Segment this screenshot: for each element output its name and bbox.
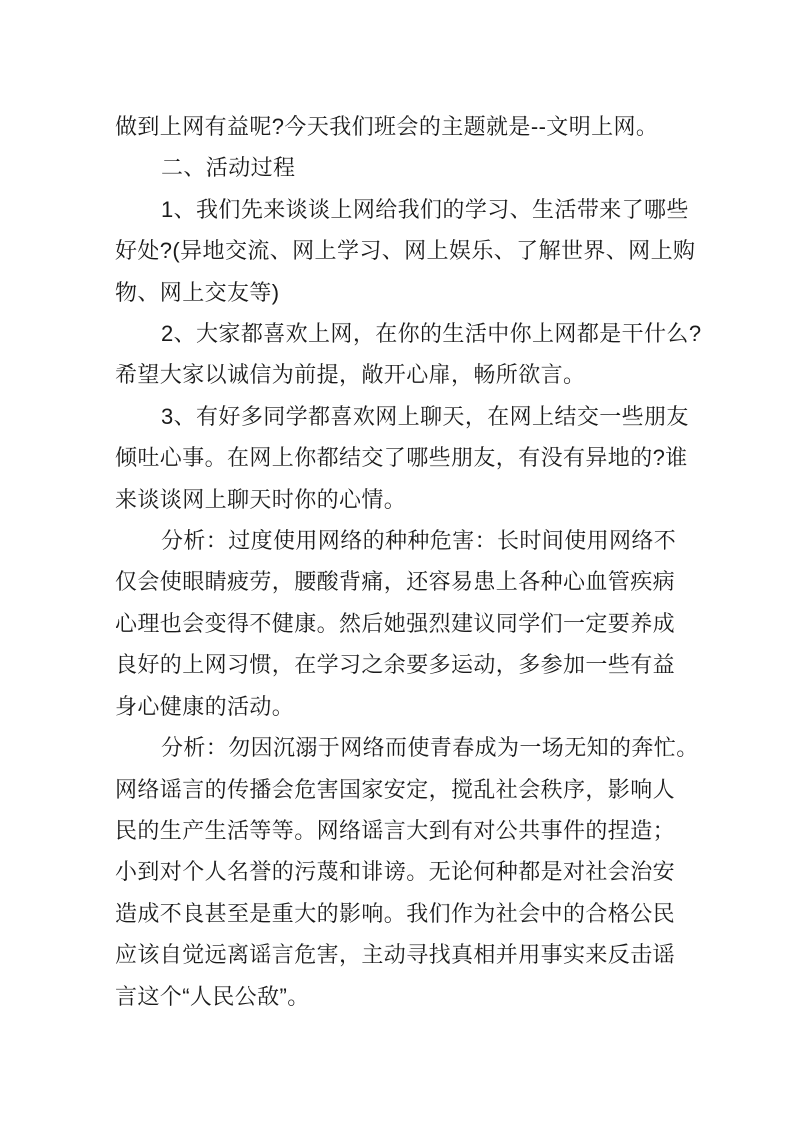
text-line: 分析：勿因沉溺于网络而使青春成为一场无知的奔忙。 <box>115 727 691 768</box>
text-line: 希望大家以诚信为前提，敞开心扉，畅所欲言。 <box>115 354 691 395</box>
text-line: 物、网上交友等) <box>115 272 691 313</box>
paragraph: 做到上网有益呢?今天我们班会的主题就是--文明上网。 <box>115 106 691 147</box>
text-line: 二、活动过程 <box>115 147 691 188</box>
text-line: 分析：过度使用网络的种种危害：长时间使用网络不 <box>115 520 691 561</box>
text-line: 1、我们先来谈谈上网给我们的学习、生活带来了哪些 <box>115 189 691 230</box>
text-line: 民的生产生活等等。网络谣言大到有对公共事件的捏造； <box>115 810 691 851</box>
text-line: 来谈谈网上聊天时你的心情。 <box>115 479 691 520</box>
paragraph: 二、活动过程 <box>115 147 691 188</box>
text-line: 小到对个人名誉的污蔑和诽谤。无论何种都是对社会治安 <box>115 851 691 892</box>
paragraph: 3、有好多同学都喜欢网上聊天，在网上结交一些朋友倾吐心事。在网上你都结交了哪些朋… <box>115 396 691 520</box>
text-line: 3、有好多同学都喜欢网上聊天，在网上结交一些朋友 <box>115 396 691 437</box>
text-line: 网络谣言的传播会危害国家安定，搅乱社会秩序，影响人 <box>115 769 691 810</box>
paragraph: 2、大家都喜欢上网，在你的生活中你上网都是干什么?希望大家以诚信为前提，敞开心扉… <box>115 313 691 396</box>
text-line: 2、大家都喜欢上网，在你的生活中你上网都是干什么? <box>115 313 691 354</box>
text-line: 好处?(异地交流、网上学习、网上娱乐、了解世界、网上购 <box>115 230 691 271</box>
paragraph: 1、我们先来谈谈上网给我们的学习、生活带来了哪些好处?(异地交流、网上学习、网上… <box>115 189 691 313</box>
paragraph: 分析：过度使用网络的种种危害：长时间使用网络不仅会使眼睛疲劳，腰酸背痛，还容易患… <box>115 520 691 727</box>
text-line: 应该自觉远离谣言危害，主动寻找真相并用事实来反击谣 <box>115 934 691 975</box>
text-line: 造成不良甚至是重大的影响。我们作为社会中的合格公民 <box>115 893 691 934</box>
text-line: 良好的上网习惯，在学习之余要多运动，多参加一些有益 <box>115 644 691 685</box>
text-line: 心理也会变得不健康。然后她强烈建议同学们一定要养成 <box>115 603 691 644</box>
text-line: 做到上网有益呢?今天我们班会的主题就是--文明上网。 <box>115 106 691 147</box>
text-line: 身心健康的活动。 <box>115 686 691 727</box>
document-page: 做到上网有益呢?今天我们班会的主题就是--文明上网。二、活动过程1、我们先来谈谈… <box>0 0 793 1122</box>
text-line: 仅会使眼睛疲劳，腰酸背痛，还容易患上各种心血管疾病 <box>115 561 691 602</box>
text-line: 倾吐心事。在网上你都结交了哪些朋友，有没有异地的?谁 <box>115 437 691 478</box>
text-line: 言这个“人民公敌”。 <box>115 976 691 1017</box>
document-text: 做到上网有益呢?今天我们班会的主题就是--文明上网。二、活动过程1、我们先来谈谈… <box>115 106 691 1017</box>
paragraph: 分析：勿因沉溺于网络而使青春成为一场无知的奔忙。网络谣言的传播会危害国家安定，搅… <box>115 727 691 1017</box>
